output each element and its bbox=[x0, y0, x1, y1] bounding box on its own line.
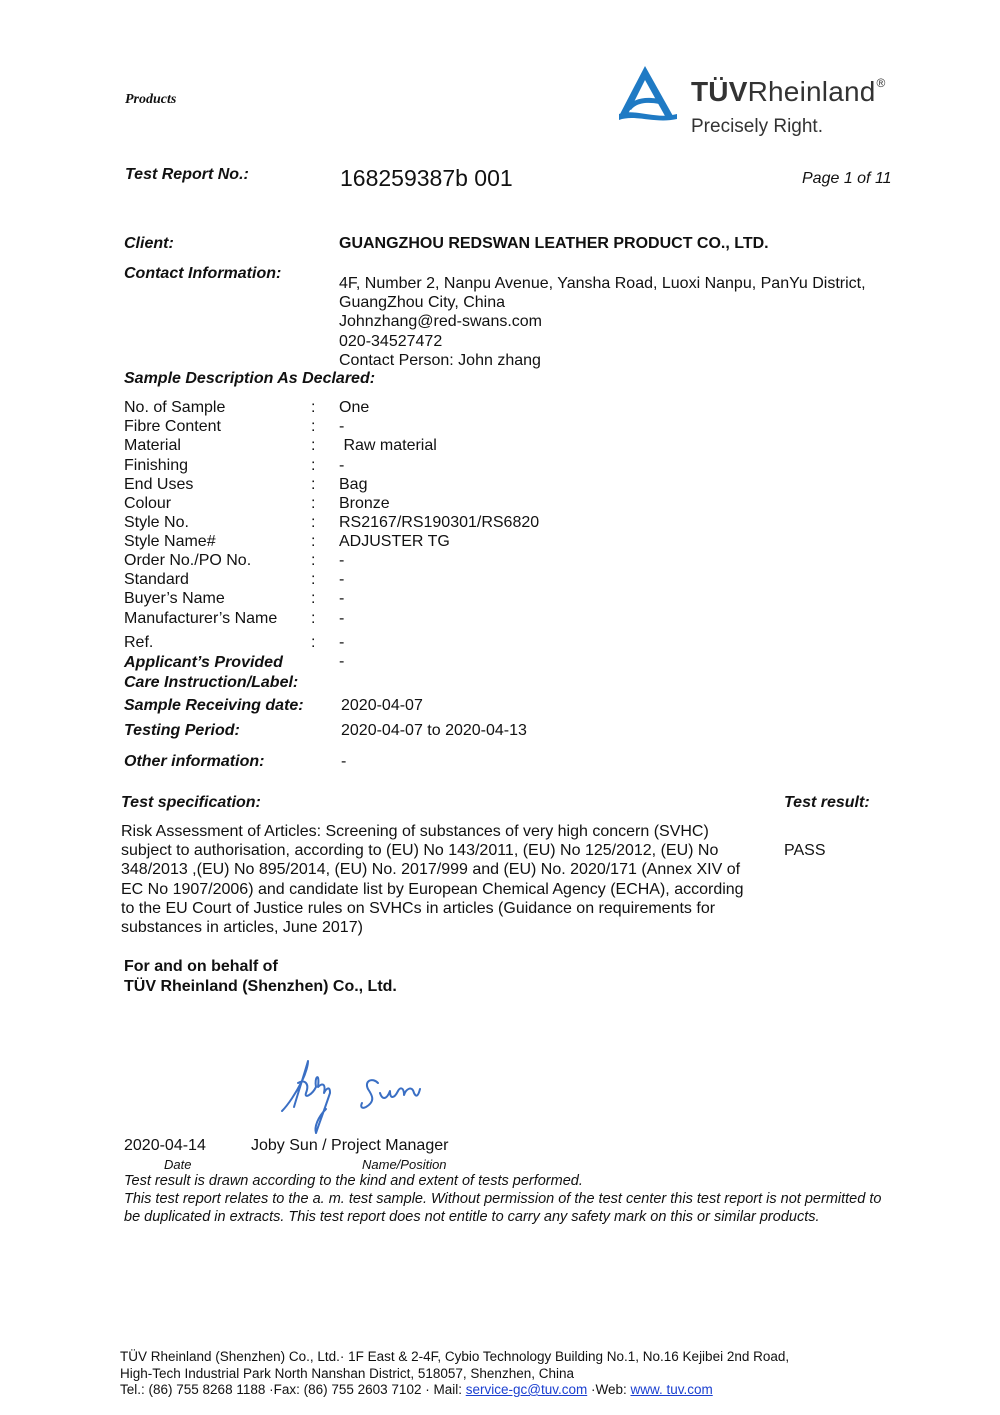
contact-address-line1: 4F, Number 2, Nanpu Avenue, Yansha Road,… bbox=[339, 274, 866, 293]
attribute-separator: : bbox=[311, 495, 315, 513]
other-information-value: - bbox=[341, 753, 346, 771]
handwritten-signature-icon bbox=[268, 1053, 438, 1138]
applicant-care-value: - bbox=[339, 653, 344, 671]
attribute-separator: : bbox=[311, 571, 315, 589]
attribute-value: Bag bbox=[339, 476, 367, 494]
attribute-key: Fibre Content bbox=[124, 418, 221, 436]
footer: TÜV Rheinland (Shenzhen) Co., Ltd.· 1F E… bbox=[120, 1349, 789, 1399]
tuv-rheinland-logo: TÜVRheinland® Precisely Right. bbox=[615, 62, 925, 142]
receiving-date-label: Sample Receiving date: bbox=[124, 697, 304, 715]
logo-tagline: Precisely Right. bbox=[691, 116, 823, 138]
attribute-key: Style Name# bbox=[124, 533, 216, 551]
contact-email: Johnzhang@red-swans.com bbox=[339, 312, 866, 331]
section-label: Products bbox=[125, 92, 176, 108]
attribute-separator: : bbox=[311, 514, 315, 532]
contact-information: 4F, Number 2, Nanpu Avenue, Yansha Road,… bbox=[339, 274, 866, 370]
attribute-separator: : bbox=[311, 457, 315, 475]
testing-period-label: Testing Period: bbox=[124, 722, 240, 740]
test-result-value: PASS bbox=[784, 842, 826, 860]
attribute-key: Style No. bbox=[124, 514, 189, 532]
report-number-label: Test Report No.: bbox=[125, 166, 249, 184]
footer-address-line1: TÜV Rheinland (Shenzhen) Co., Ltd.· 1F E… bbox=[120, 1349, 789, 1366]
attribute-separator: : bbox=[311, 552, 315, 570]
attribute-key: Buyer’s Name bbox=[124, 590, 225, 608]
footer-web-link[interactable]: www. tuv.com bbox=[630, 1382, 712, 1397]
client-label: Client: bbox=[124, 235, 174, 253]
attribute-value: - bbox=[339, 590, 344, 608]
attribute-separator: : bbox=[311, 418, 315, 436]
attribute-value: - bbox=[339, 457, 344, 475]
attribute-separator: : bbox=[311, 476, 315, 494]
date-caption: Date bbox=[164, 1157, 191, 1172]
attribute-value: - bbox=[339, 418, 344, 436]
attribute-separator: : bbox=[311, 610, 315, 628]
applicant-care-label: Applicant’s Provided Care Instruction/La… bbox=[124, 653, 298, 693]
page-indicator: Page 1 of 11 bbox=[802, 170, 892, 188]
attribute-key: Manufacturer’s Name bbox=[124, 610, 277, 628]
attribute-value: ADJUSTER TG bbox=[339, 533, 450, 551]
on-behalf-of: For and on behalf of TÜV Rheinland (Shen… bbox=[124, 957, 397, 997]
attribute-value: One bbox=[339, 399, 369, 417]
footer-mail-link[interactable]: service-gc@tuv.com bbox=[466, 1382, 587, 1397]
signature-date: 2020-04-14 bbox=[124, 1137, 206, 1155]
attribute-separator: : bbox=[311, 533, 315, 551]
sample-description-heading: Sample Description As Declared: bbox=[124, 370, 375, 388]
attribute-value: - bbox=[339, 552, 344, 570]
testing-period-value: 2020-04-07 to 2020-04-13 bbox=[341, 722, 527, 740]
attribute-value: - bbox=[339, 610, 344, 628]
attribute-value: - bbox=[339, 571, 344, 589]
disclaimer: Test result is drawn according to the ki… bbox=[124, 1172, 881, 1226]
contact-label: Contact Information: bbox=[124, 265, 281, 283]
attribute-value: - bbox=[339, 634, 344, 652]
attribute-separator: : bbox=[311, 437, 315, 455]
attribute-separator: : bbox=[311, 590, 315, 608]
report-number: 168259387b 001 bbox=[340, 165, 513, 192]
attribute-key: No. of Sample bbox=[124, 399, 225, 417]
attribute-key: Finishing bbox=[124, 457, 188, 475]
attribute-key: Ref. bbox=[124, 634, 153, 652]
attribute-key: Material bbox=[124, 437, 181, 455]
test-result-label: Test result: bbox=[784, 794, 870, 812]
footer-contact-line: Tel.: (86) 755 8268 1188 ·Fax: (86) 755 … bbox=[120, 1382, 789, 1399]
attribute-separator: : bbox=[311, 399, 315, 417]
name-position-caption: Name/Position bbox=[362, 1157, 447, 1172]
test-specification-text: Risk Assessment of Articles: Screening o… bbox=[121, 822, 781, 937]
test-specification-label: Test specification: bbox=[121, 794, 261, 812]
contact-phone: 020-34527472 bbox=[339, 332, 866, 351]
attribute-key: End Uses bbox=[124, 476, 193, 494]
other-information-label: Other information: bbox=[124, 753, 264, 771]
receiving-date-value: 2020-04-07 bbox=[341, 697, 423, 715]
footer-address-line2: High-Tech Industrial Park North Nanshan … bbox=[120, 1366, 789, 1383]
tuv-triangle-logo-icon bbox=[615, 64, 685, 124]
signatory-name-position: Joby Sun / Project Manager bbox=[251, 1137, 448, 1155]
contact-person: Contact Person: John zhang bbox=[339, 351, 866, 370]
logo-wordmark: TÜVRheinland® bbox=[691, 76, 886, 108]
attribute-value: Bronze bbox=[339, 495, 390, 513]
client-name: GUANGZHOU REDSWAN LEATHER PRODUCT CO., L… bbox=[339, 235, 769, 253]
attribute-key: Colour bbox=[124, 495, 171, 513]
attribute-key: Standard bbox=[124, 571, 189, 589]
contact-address-line2: GuangZhou City, China bbox=[339, 293, 866, 312]
attribute-key: Order No./PO No. bbox=[124, 552, 251, 570]
attribute-value: RS2167/RS190301/RS6820 bbox=[339, 514, 539, 532]
attribute-value: Raw material bbox=[339, 437, 437, 455]
attribute-separator: : bbox=[311, 634, 315, 652]
